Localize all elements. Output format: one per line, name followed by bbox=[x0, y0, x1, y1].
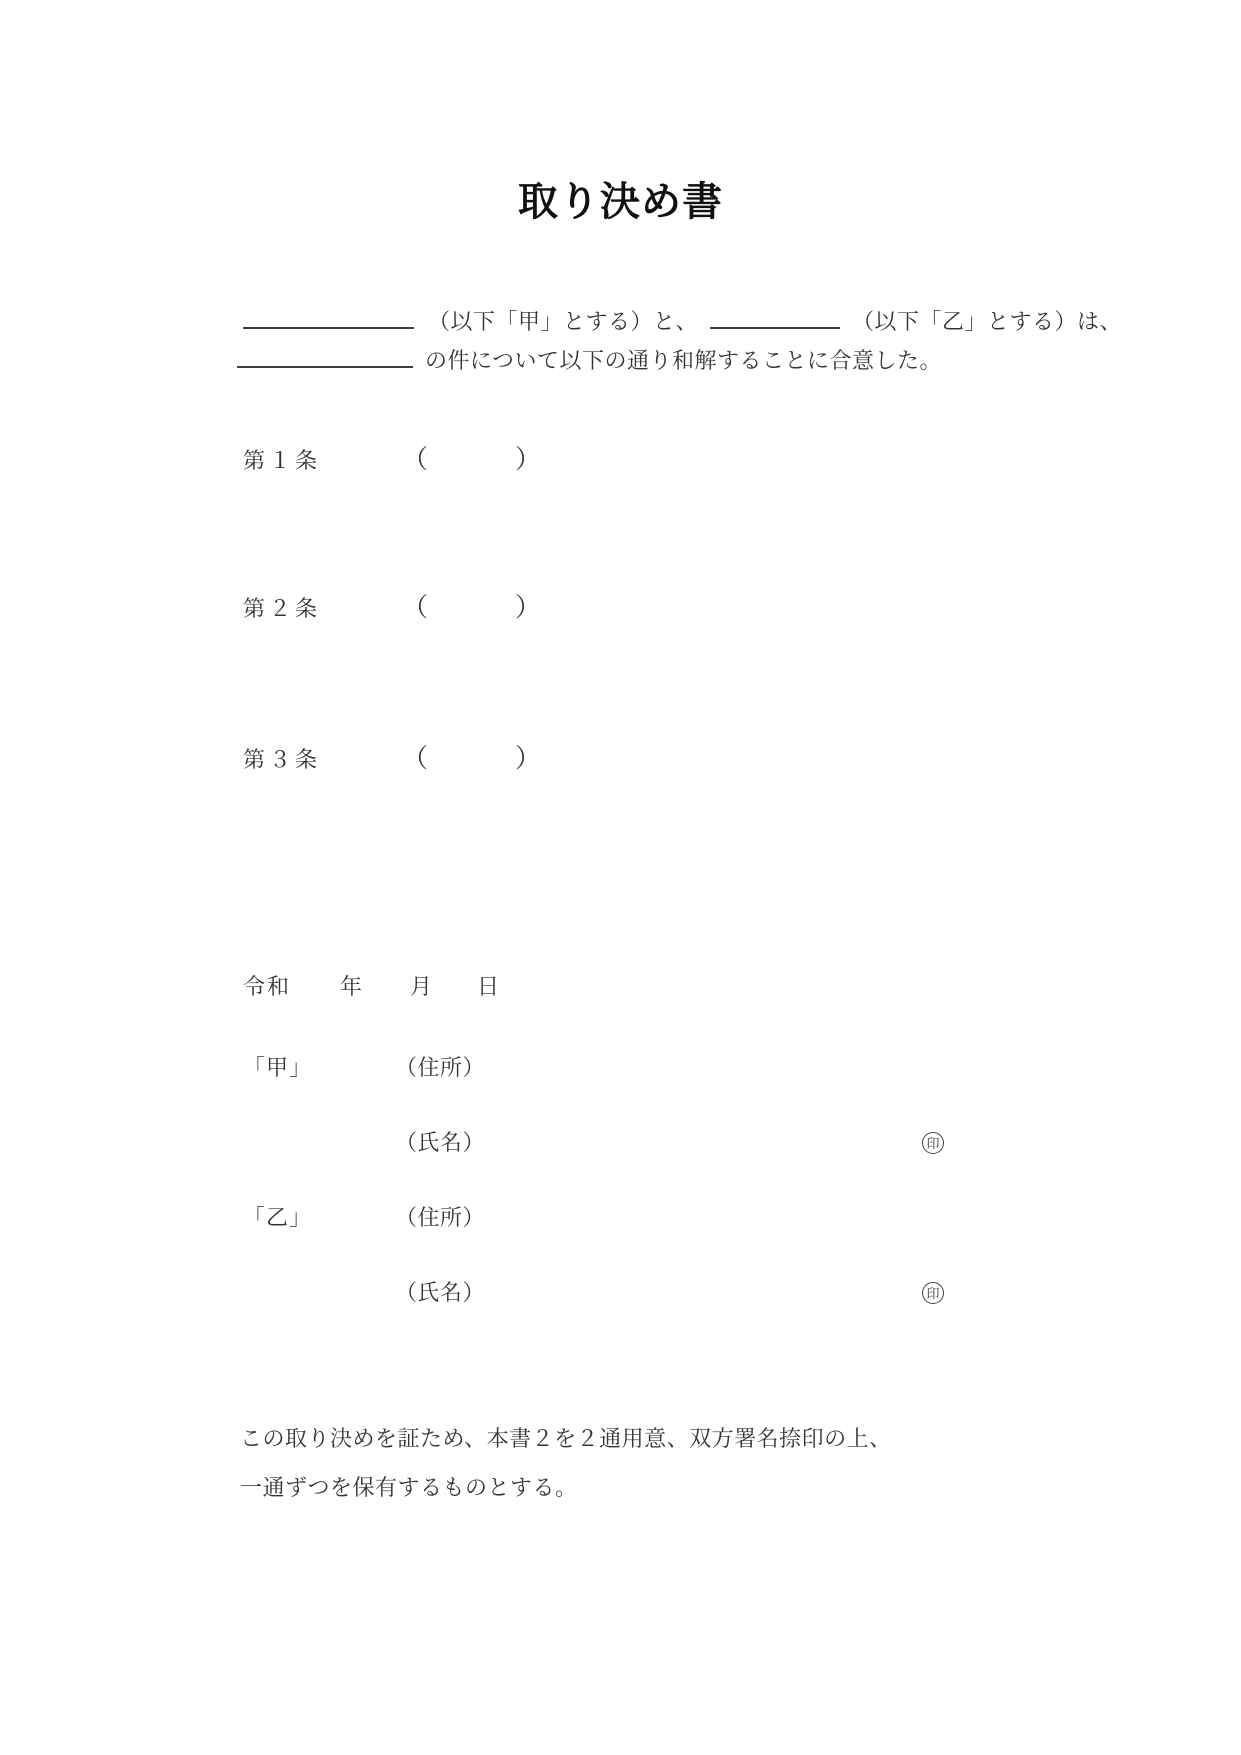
article-3-label: 第３条 bbox=[243, 749, 321, 771]
party-a-seal-icon: 印 bbox=[922, 1132, 944, 1154]
party-a-name-blank bbox=[243, 301, 414, 329]
article-3-paren-open: （ bbox=[402, 745, 429, 771]
month-label: 月 bbox=[410, 976, 434, 998]
case-matter-blank bbox=[237, 340, 413, 368]
closing-line-1: この取り決めを証ため、本書２を２通用意、双方署名捺印の上、 bbox=[240, 1428, 892, 1450]
party-a-name-row: （氏名） 印 bbox=[243, 1132, 1003, 1164]
closing-line-2: 一通ずつを保有するものとする。 bbox=[240, 1477, 578, 1499]
party-a-name-label: （氏名） bbox=[395, 1132, 485, 1154]
intro-agreement-text: の件について以下の通り和解することに合意した。 bbox=[425, 348, 942, 373]
article-1-paren-close: ） bbox=[515, 446, 542, 472]
day-label: 日 bbox=[477, 976, 501, 998]
article-2-label: 第２条 bbox=[243, 598, 321, 620]
article-2-paren-open: （ bbox=[402, 594, 429, 620]
party-a-clause: （以下「甲」とする）と、 bbox=[428, 309, 698, 334]
party-a-label: 「甲」 bbox=[243, 1057, 312, 1079]
party-b-name-row: （氏名） 印 bbox=[243, 1282, 1003, 1314]
party-b-seal-icon: 印 bbox=[922, 1282, 944, 1304]
article-2-row: 第２条 （ ） bbox=[243, 598, 643, 642]
date-line: 令和 年 月 日 bbox=[243, 976, 643, 1006]
party-a-address-label: （住所） bbox=[395, 1057, 485, 1079]
article-1-paren-open: （ bbox=[402, 446, 429, 472]
party-a-address-row: 「甲」 （住所） bbox=[243, 1057, 1003, 1089]
article-3-paren-close: ） bbox=[515, 745, 542, 771]
party-b-label: 「乙」 bbox=[243, 1207, 312, 1229]
party-b-address-label: （住所） bbox=[395, 1207, 485, 1229]
article-1-label: 第１条 bbox=[243, 450, 321, 472]
party-b-clause: （以下「乙」とする）は、 bbox=[852, 309, 1122, 334]
article-2-paren-close: ） bbox=[515, 594, 542, 620]
era-label: 令和 bbox=[243, 976, 291, 998]
intro-line-1: （以下「甲」とする）と、（以下「乙」とする）は、 bbox=[243, 301, 1122, 335]
party-b-name-label: （氏名） bbox=[395, 1282, 485, 1304]
year-label: 年 bbox=[340, 976, 364, 998]
intro-line-2: の件について以下の通り和解することに合意した。 bbox=[237, 340, 942, 374]
party-b-name-blank bbox=[710, 301, 840, 329]
document-title: 取り決め書 bbox=[0, 170, 1241, 227]
article-1-row: 第１条 （ ） bbox=[243, 450, 643, 494]
article-3-row: 第３条 （ ） bbox=[243, 749, 643, 793]
party-b-address-row: 「乙」 （住所） bbox=[243, 1207, 1003, 1239]
agreement-document-page: 取り決め書 （以下「甲」とする）と、（以下「乙」とする）は、 の件について以下の… bbox=[0, 0, 1241, 1755]
